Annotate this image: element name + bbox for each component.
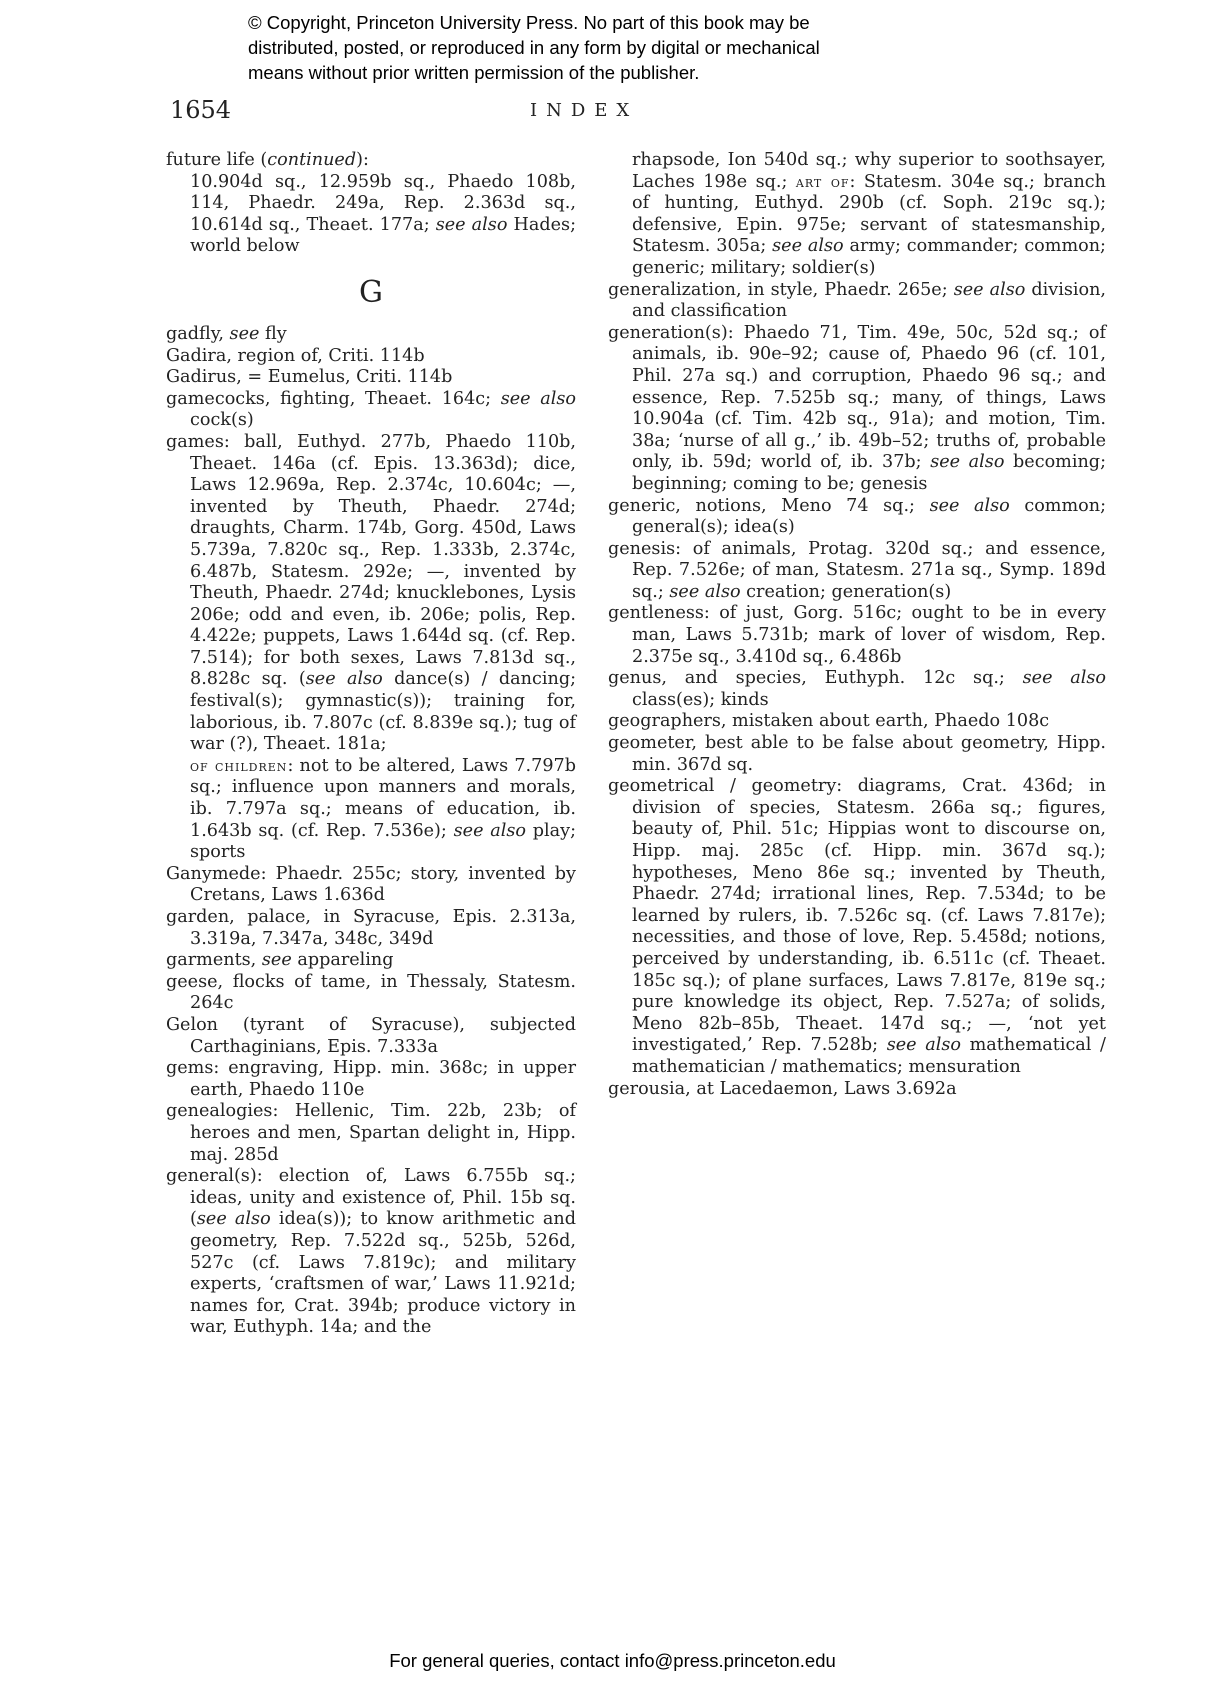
entry-text: cock(s) xyxy=(190,410,254,430)
entry-text: gems: engraving, Hipp. min. 368c; in upp… xyxy=(166,1058,576,1100)
index-entry: Gelon (tyrant of Syracuse), subjected Ca… xyxy=(166,1015,576,1058)
index-entry: generic, notions, Meno 74 sq.; see also … xyxy=(608,496,1106,539)
entry-cross-ref: see also xyxy=(306,669,383,689)
section-letter-heading: G xyxy=(166,278,576,308)
entry-cross-ref: see also xyxy=(954,280,1026,300)
index-entry: gentleness: of just, Gorg. 516c; ought t… xyxy=(608,603,1106,668)
entry-text: gerousia, at Lacedaemon, Laws 3.692a xyxy=(608,1079,957,1099)
index-entries-left: gadfly, see flyGadira, region of, Criti.… xyxy=(166,324,576,1339)
index-entry: Gadira, region of, Criti. 114b xyxy=(166,346,576,368)
index-entry: geometer, best able to be false about ge… xyxy=(608,733,1106,776)
entry-heading-italic: continued xyxy=(267,150,356,170)
entry-text: Gelon (tyrant of Syracuse), subjected Ca… xyxy=(166,1015,576,1057)
index-entry: general(s): election of, Laws 6.755b sq.… xyxy=(166,1166,576,1339)
entry-text: geometrical / geometry: diagrams, Crat. … xyxy=(608,776,1106,1055)
entry-subheading: of children xyxy=(190,757,287,775)
index-entry: generation(s): Phaedo 71, Tim. 49e, 50c,… xyxy=(608,323,1106,496)
entry-text: generic, notions, Meno 74 sq.; xyxy=(608,496,930,516)
entry-cross-ref: see xyxy=(230,324,260,344)
copyright-line: means without prior written permission o… xyxy=(248,60,948,85)
entry-text: garden, palace, in Syracuse, Epis. 2.313… xyxy=(166,907,576,949)
entry-cross-ref: see also xyxy=(930,452,1004,472)
index-entry: geese, flocks of tame, in Thessaly, Stat… xyxy=(166,972,576,1015)
copyright-notice: © Copyright, Princeton University Press.… xyxy=(248,10,948,85)
index-entry: genus, and species, Euthyph. 12c sq.; se… xyxy=(608,668,1106,711)
entry-text: gamecocks, fighting, Theaet. 164c; xyxy=(166,389,501,409)
entry-cross-ref: see also xyxy=(887,1035,961,1055)
entry-cross-ref: see also xyxy=(772,236,843,256)
entry-cross-ref: see also xyxy=(1023,668,1106,688)
entry-heading-tail: ): xyxy=(356,150,369,170)
entry-text: generalization, in style, Phaedr. 265e; xyxy=(608,280,954,300)
footer-contact: For general queries, contact info@press.… xyxy=(0,1650,1225,1672)
entry-text: geometer, best able to be false about ge… xyxy=(608,733,1106,775)
entry-text: fly xyxy=(259,324,286,344)
entry-text: genus, and species, Euthyph. 12c sq.; xyxy=(608,668,1023,688)
entry-heading: future life ( xyxy=(166,150,267,170)
index-entries-right: generalization, in style, Phaedr. 265e; … xyxy=(608,280,1106,1101)
entry-text: geographers, mistaken about earth, Phaed… xyxy=(608,711,1049,731)
entry-text: gentleness: of just, Gorg. 516c; ought t… xyxy=(608,603,1106,666)
index-entry: genealogies: Hellenic, Tim. 22b, 23b; of… xyxy=(166,1101,576,1166)
entry-text: generation(s): Phaedo 71, Tim. 49e, 50c,… xyxy=(608,323,1106,473)
page-number: 1654 xyxy=(170,96,231,124)
entry-text: Gadira, region of, Criti. 114b xyxy=(166,346,425,366)
entry-text: class(es); kinds xyxy=(632,690,769,710)
entry-cross-ref: see also xyxy=(454,821,526,841)
entry-text: gadfly, xyxy=(166,324,230,344)
index-column-right: rhapsode, Ion 540d sq.; why superior to … xyxy=(608,150,1106,1100)
entry-cross-ref: see also xyxy=(930,496,1010,516)
entry-text: garments, xyxy=(166,950,262,970)
index-entry-continued-body: 10.904d sq., 12.959b sq., Phaedo 108b, 1… xyxy=(166,172,576,258)
index-entry: gadfly, see fly xyxy=(166,324,576,346)
copyright-line: distributed, posted, or reproduced in an… xyxy=(248,35,948,60)
entry-cross-ref: see also xyxy=(197,1209,271,1229)
index-entry: gems: engraving, Hipp. min. 368c; in upp… xyxy=(166,1058,576,1101)
index-entry: garden, palace, in Syracuse, Epis. 2.313… xyxy=(166,907,576,950)
entry-cross-ref: see also xyxy=(436,215,508,235)
entry-text: genealogies: Hellenic, Tim. 22b, 23b; of… xyxy=(166,1101,576,1164)
index-entry: gamecocks, fighting, Theaet. 164c; see a… xyxy=(166,389,576,432)
index-entry-continued: future life (continued): xyxy=(166,150,576,172)
entry-text: games: ball, Euthyd. 277b, Phaedo 110b, … xyxy=(166,432,576,690)
index-entry-continuation: rhapsode, Ion 540d sq.; why superior to … xyxy=(608,150,1106,280)
copyright-line: © Copyright, Princeton University Press.… xyxy=(248,10,948,35)
index-entry: generalization, in style, Phaedr. 265e; … xyxy=(608,280,1106,323)
index-entry: garments, see appareling xyxy=(166,950,576,972)
index-subentry: of children: not to be altered, Laws 7.7… xyxy=(166,756,576,864)
entry-text: Gadirus, = Eumelus, Criti. 114b xyxy=(166,367,452,387)
entry-subheading: art of xyxy=(796,173,850,191)
index-entry: genesis: of animals, Protag. 320d sq.; a… xyxy=(608,539,1106,604)
entry-text: creation; generation(s) xyxy=(741,582,952,602)
index-entry: Gadirus, = Eumelus, Criti. 114b xyxy=(166,367,576,389)
index-entry: games: ball, Euthyd. 277b, Phaedo 110b, … xyxy=(166,432,576,756)
index-entry: geometrical / geometry: diagrams, Crat. … xyxy=(608,776,1106,1078)
entry-text: Ganymede: Phaedr. 255c; story, invented … xyxy=(166,864,576,906)
entry-text: geese, flocks of tame, in Thessaly, Stat… xyxy=(166,972,576,1014)
index-column-left: future life (continued): 10.904d sq., 12… xyxy=(166,150,576,1339)
index-entry: gerousia, at Lacedaemon, Laws 3.692a xyxy=(608,1079,1106,1101)
entry-text: appareling xyxy=(292,950,394,970)
entry-cross-ref: see xyxy=(262,950,292,970)
running-head: INDEX xyxy=(530,100,638,121)
entry-cross-ref: see also xyxy=(669,582,740,602)
index-entry: geographers, mistaken about earth, Phaed… xyxy=(608,711,1106,733)
index-entry: Ganymede: Phaedr. 255c; story, invented … xyxy=(166,864,576,907)
entry-cross-ref: see also xyxy=(501,389,576,409)
